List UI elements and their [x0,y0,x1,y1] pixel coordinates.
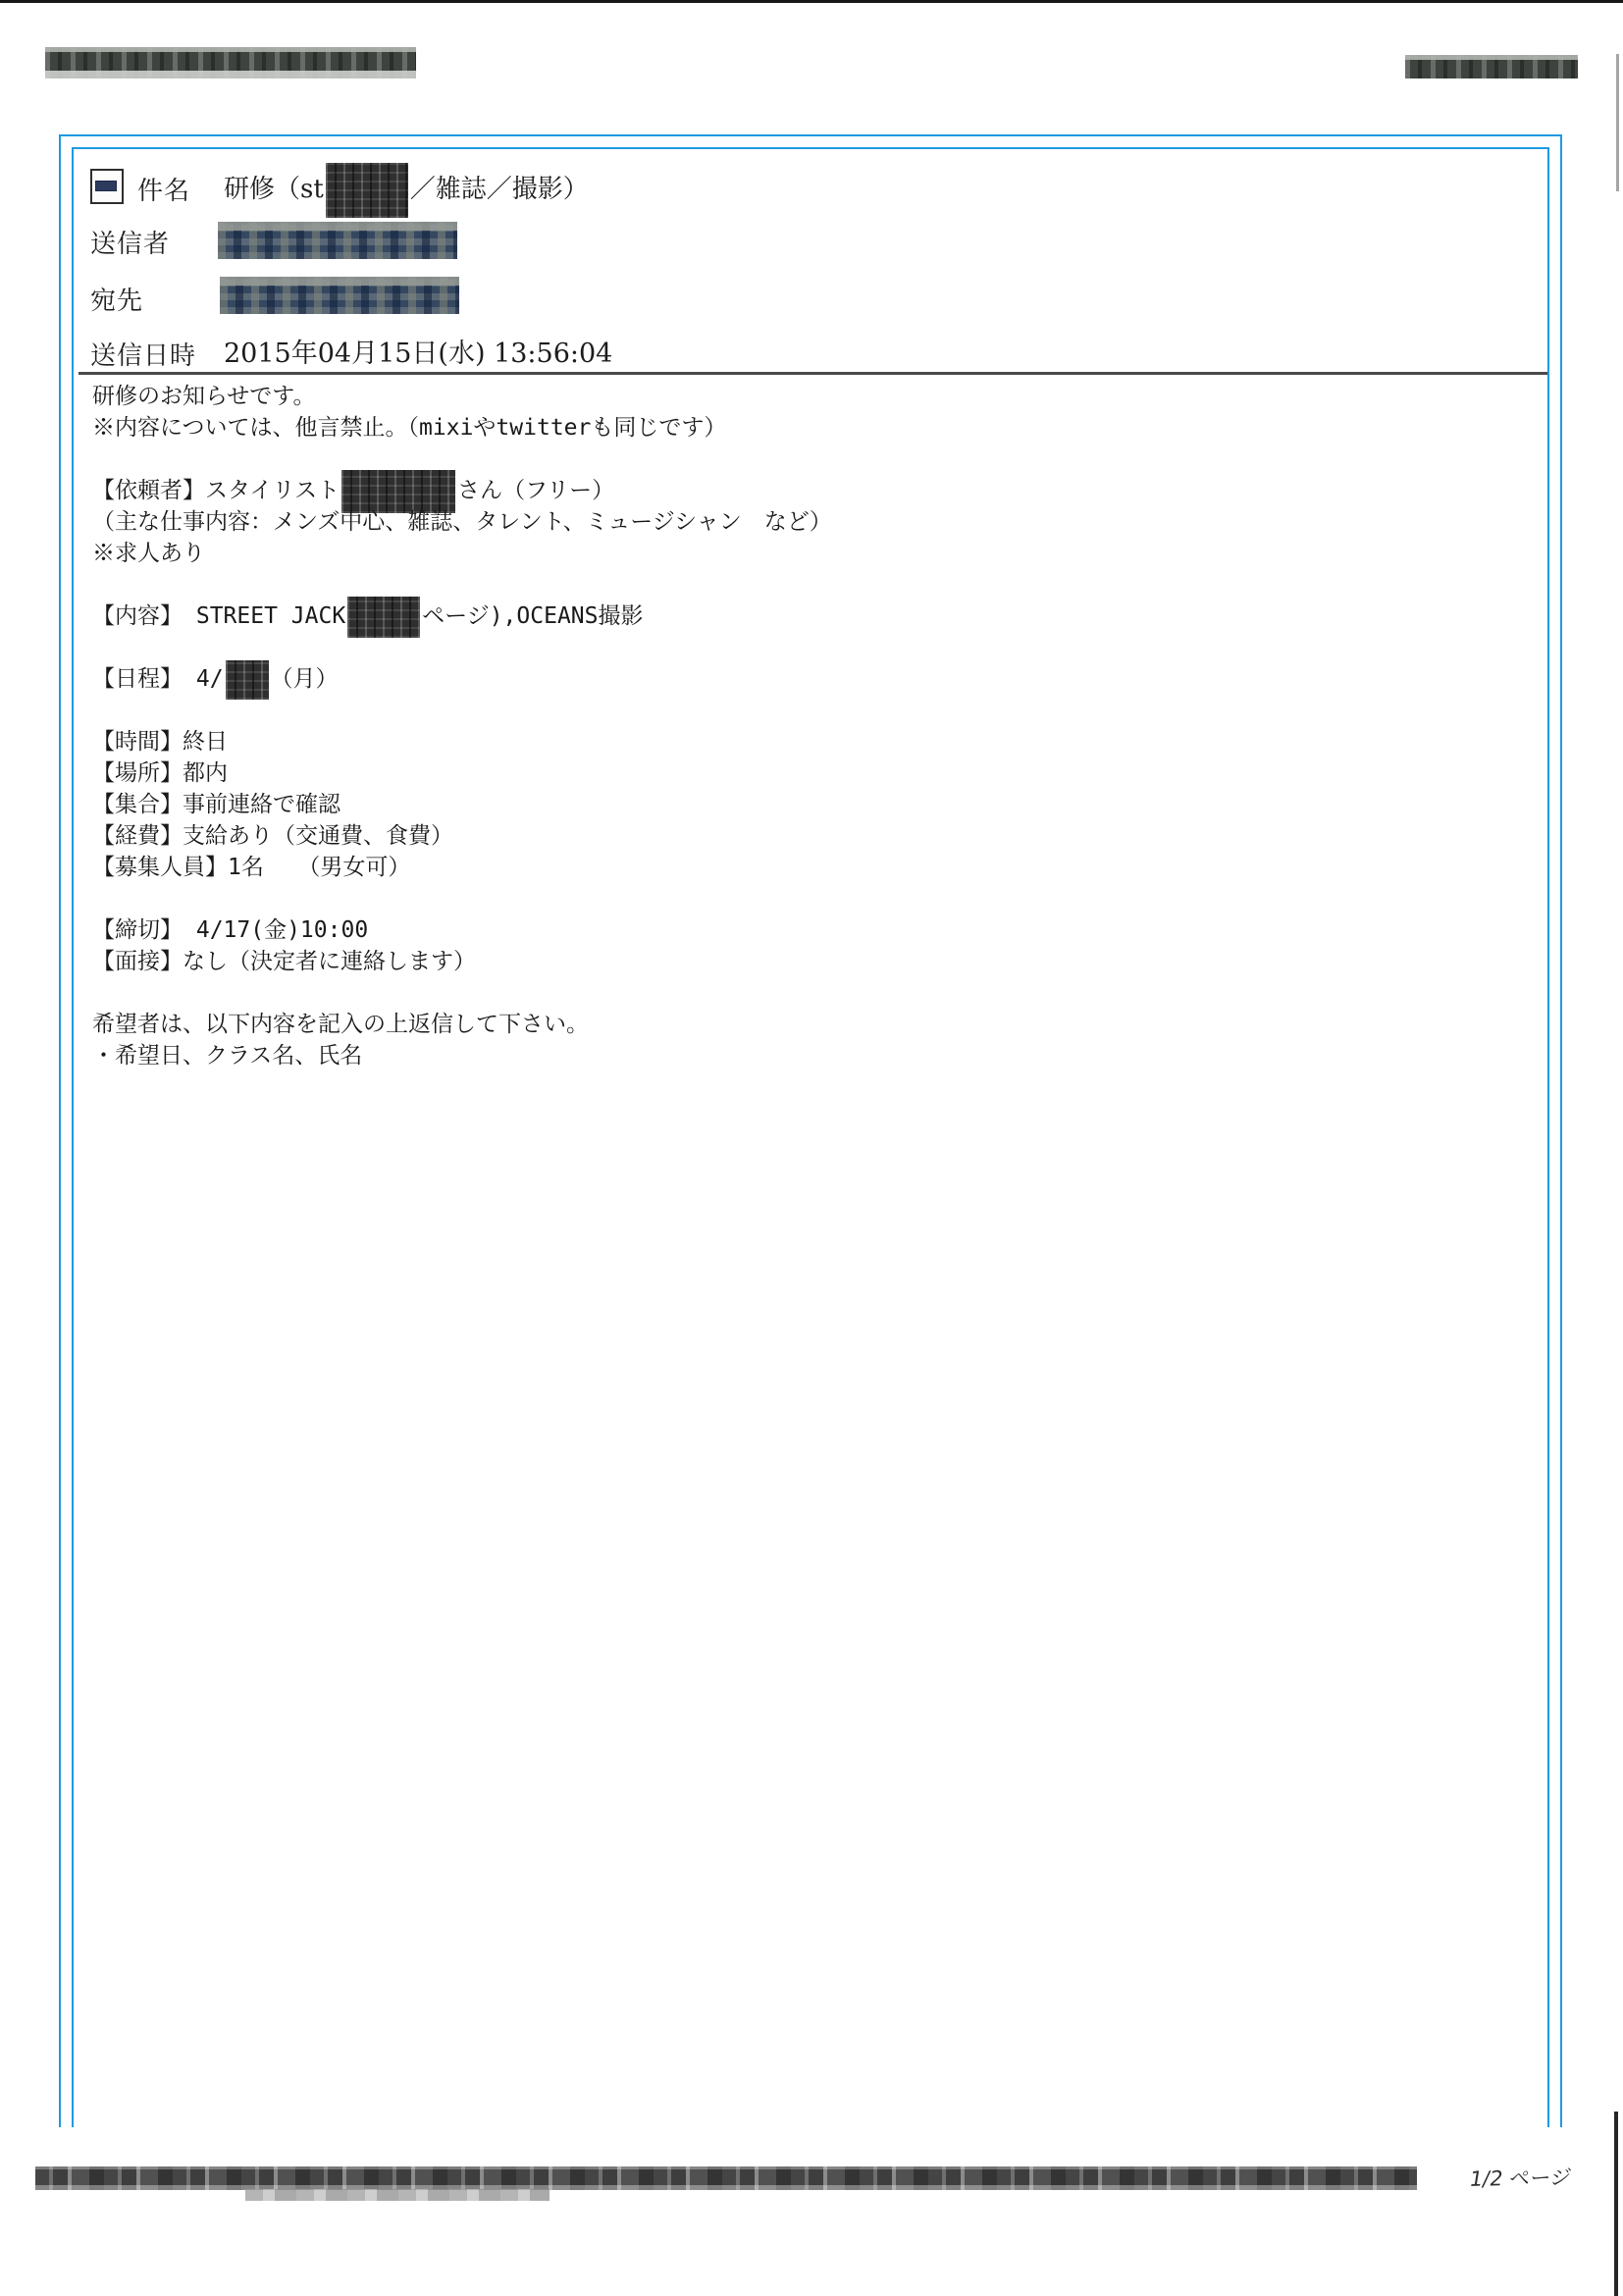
redaction-bar-top-left [45,47,416,78]
subject-text-prefix: 研修（st [224,175,324,204]
body-text: 【経費】支給あり（交通費、食費） [92,823,453,849]
body-text: 【募集人員】1名 （男女可） [92,855,410,880]
body-text: 【時間】終日 [92,729,228,755]
body-blank-line [92,883,1525,914]
body-text: ・希望日、クラス名、氏名 [92,1043,362,1069]
body-line: 【締切】 4/17(金)10:00 [92,914,1525,946]
body-text: 【集合】事前連絡で確認 [92,792,340,817]
subject-line: 研修（st／雑誌／撮影） [224,169,589,205]
body-line: 【内容】 STREET JACKページ),OCEANS撮影 [92,600,1525,632]
body-line: 【面接】なし（決定者に連絡します） [92,946,1525,977]
redaction-bar-top-right [1405,55,1578,78]
scan-edge-artifact-top [0,0,1623,3]
redaction-bar-sender [218,222,457,259]
body-line: 【依頼者】スタイリストさん（フリー） [92,475,1525,506]
sender-label: 送信者 [90,224,170,260]
recipient-label: 宛先 [90,281,143,317]
body-text: 希望者は、以下内容を記入の上返信して下さい。 [92,1012,589,1037]
mail-message-icon [90,169,124,204]
body-text: 【内容】 STREET JACK [92,603,345,629]
sent-date-label: 送信日時 [90,336,196,372]
subject-text-suffix: ／雑誌／撮影） [410,175,589,204]
body-text: ※内容については、他言禁止。（mixiやtwitterも同じです） [92,415,726,441]
body-text: さん（フリー） [457,478,614,503]
body-text: （主な仕事内容：メンズ中心、雑誌、タレント、ミュージシャン など） [92,509,832,535]
body-text: ページ),OCEANS撮影 [422,603,643,629]
scan-edge-artifact-right-bottom [1614,2112,1618,2296]
header-separator-line [79,372,1547,375]
body-blank-line [92,632,1525,663]
subject-label: 件名 [137,171,190,207]
body-line: 希望者は、以下内容を記入の上返信して下さい。 [92,1009,1525,1040]
body-line: ・希望日、クラス名、氏名 [92,1040,1525,1071]
body-blank-line [92,977,1525,1009]
body-line: （主な仕事内容：メンズ中心、雑誌、タレント、ミュージシャン など） [92,506,1525,538]
page-indicator: 1/2 ページ [1467,2162,1573,2193]
email-body: 研修のお知らせです。※内容については、他言禁止。（mixiやtwitterも同じ… [92,381,1525,1071]
mail-message-icon-bar [95,181,117,191]
redaction-bar-subject [326,163,408,218]
redaction-bar-recipient [220,277,459,314]
body-line: 【経費】支給あり（交通費、食費） [92,820,1525,852]
body-text: 【締切】 4/17(金)10:00 [92,917,368,943]
scanned-email-page: 件名 研修（st／雑誌／撮影） 送信者 宛先 送信日時 2015年04月15日(… [0,0,1623,2296]
body-blank-line [92,695,1525,726]
body-line: 【募集人員】1名 （男女可） [92,852,1525,883]
redaction-bar [226,660,269,700]
body-line: ※内容については、他言禁止。（mixiやtwitterも同じです） [92,412,1525,444]
body-text: 【場所】都内 [92,760,228,786]
body-text: 【依頼者】スタイリスト [92,478,340,503]
body-line: 【集合】事前連絡で確認 [92,789,1525,820]
redaction-bar [347,597,420,638]
body-text: 研修のお知らせです。 [92,384,315,409]
sent-date-value: 2015年04月15日(水) 13:56:04 [224,332,612,370]
redaction-bar-bottom [35,2166,1417,2190]
body-blank-line [92,444,1525,475]
body-line: 【日程】 4/（月） [92,663,1525,695]
body-line: 【時間】終日 [92,726,1525,757]
body-text: （月） [271,666,339,692]
body-blank-line [92,569,1525,600]
body-line: 【場所】都内 [92,757,1525,789]
body-line: ※求人あり [92,538,1525,569]
scan-edge-artifact-right-top [1616,54,1619,191]
body-text: 【面接】なし（決定者に連絡します） [92,949,476,974]
body-text: ※求人あり [92,541,205,566]
body-line: 研修のお知らせです。 [92,381,1525,412]
body-text: 【日程】 4/ [92,666,224,692]
redaction-smudge-bottom [245,2189,550,2201]
